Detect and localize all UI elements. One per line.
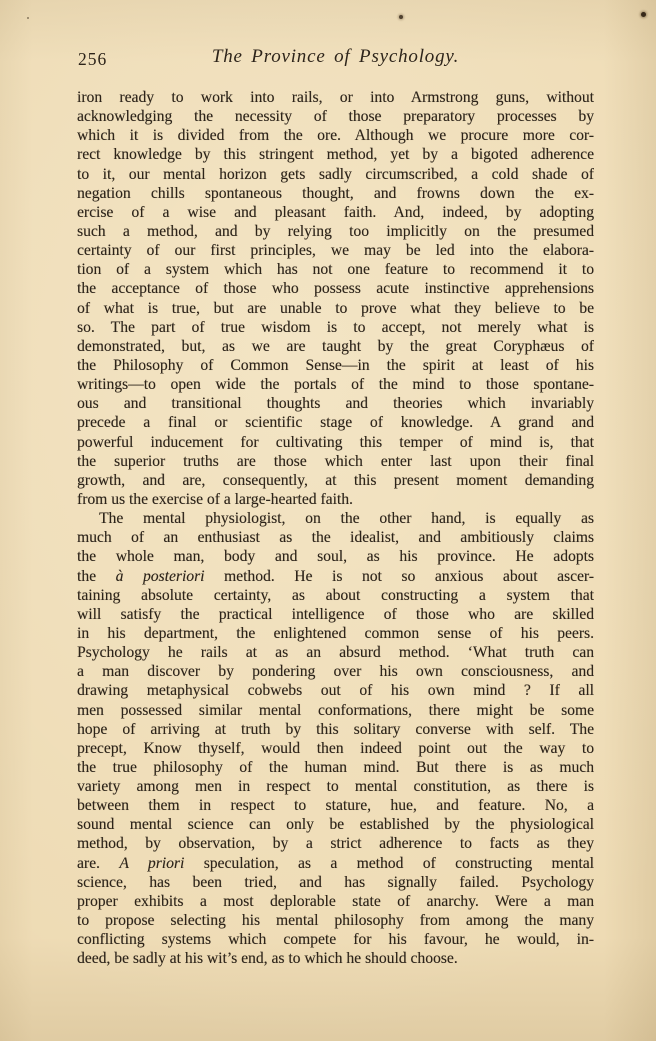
- text-line: which it is divided from the ore. Althou…: [77, 126, 594, 145]
- text-line: taining absolute certainty, as about con…: [77, 586, 594, 605]
- text-line: demonstrated, but, as we are taught by t…: [77, 337, 594, 356]
- text-line: to propose selecting his mental philosop…: [77, 911, 594, 930]
- text-line: to it, our mental horizon gets sadly cir…: [77, 165, 594, 184]
- text-line: drawing metaphysical cobwebs out of his …: [77, 681, 594, 700]
- text-line: the true philosophy of the human mind. B…: [77, 758, 594, 777]
- body-text: iron ready to work into rails, or into A…: [77, 88, 594, 968]
- ink-speck: [27, 17, 29, 19]
- text-line: much of an enthusiast as the idealist, a…: [77, 528, 594, 547]
- text-line: a man discover by pondering over his own…: [77, 662, 594, 681]
- text-line: the whole man, body and soul, as his pro…: [77, 547, 594, 566]
- text-line: so. The part of true wisdom is to accept…: [77, 318, 594, 337]
- text-line: the acceptance of those who possess acut…: [77, 279, 594, 298]
- text-line: Psychology he rails at as an absurd meth…: [77, 643, 594, 662]
- text-line: growth, and are, consequently, at this p…: [77, 471, 594, 490]
- text-line: the Philosophy of Common Sense—in the sp…: [77, 356, 594, 375]
- text-line: iron ready to work into rails, or into A…: [77, 88, 594, 107]
- text-line: from us the exercise of a large-hearted …: [77, 490, 594, 509]
- text-line: the superior truths are those which ente…: [77, 452, 594, 471]
- paragraph: iron ready to work into rails, or into A…: [77, 88, 594, 509]
- text-line: of what is true, but are unable to prove…: [77, 299, 594, 318]
- ink-speck: [399, 15, 403, 19]
- text-line: between them in respect to stature, hue,…: [77, 796, 594, 815]
- text-line: variety among men in respect to mental c…: [77, 777, 594, 796]
- text-line: The mental physiologist, on the other ha…: [77, 509, 594, 528]
- text-line: writings—to open wide the portals of the…: [77, 375, 594, 394]
- text-line: deed, be sadly at his wit’s end, as to w…: [77, 949, 594, 968]
- text-line: in his department, the enlightened commo…: [77, 624, 594, 643]
- text-line: certainty of our first principles, we ma…: [77, 241, 594, 260]
- text-line: men possessed similar mental conformatio…: [77, 701, 594, 720]
- running-title: The Province of Psychology.: [77, 46, 594, 68]
- text-line: precept, Know thyself, would then indeed…: [77, 739, 594, 758]
- text-line: precede a final or scientific stage of k…: [77, 413, 594, 432]
- text-line: sound mental science can only be establi…: [77, 815, 594, 834]
- text-line: tion of a system which has not one featu…: [77, 260, 594, 279]
- text-line: the à posteriori method. He is not so an…: [77, 567, 594, 586]
- text-line: science, has been tried, and has signall…: [77, 873, 594, 892]
- text-line: will satisfy the practical intelligence …: [77, 605, 594, 624]
- text-line: are. A priori speculation, as a method o…: [77, 854, 594, 873]
- text-line: acknowledging the necessity of those pre…: [77, 107, 594, 126]
- text-line: ous and transitional thoughts and theori…: [77, 394, 594, 413]
- text-line: powerful inducement for cultivating this…: [77, 433, 594, 452]
- text-line: negation chills spontaneous thought, and…: [77, 184, 594, 203]
- text-line: ercise of a wise and pleasant faith. And…: [77, 203, 594, 222]
- text-line: rect knowledge by this stringent method,…: [77, 145, 594, 164]
- text-line: conflicting systems which compete for hi…: [77, 930, 594, 949]
- book-page-scan: 256 The Province of Psychology. iron rea…: [0, 0, 656, 1041]
- text-line: hope of arriving at truth by this solita…: [77, 720, 594, 739]
- text-line: proper exhibits a most deplorable state …: [77, 892, 594, 911]
- text-line: method, by observation, by a strict adhe…: [77, 834, 594, 853]
- text-line: such a method, and by relying too implic…: [77, 222, 594, 241]
- paragraph: The mental physiologist, on the other ha…: [77, 509, 594, 968]
- ink-speck: [641, 12, 646, 17]
